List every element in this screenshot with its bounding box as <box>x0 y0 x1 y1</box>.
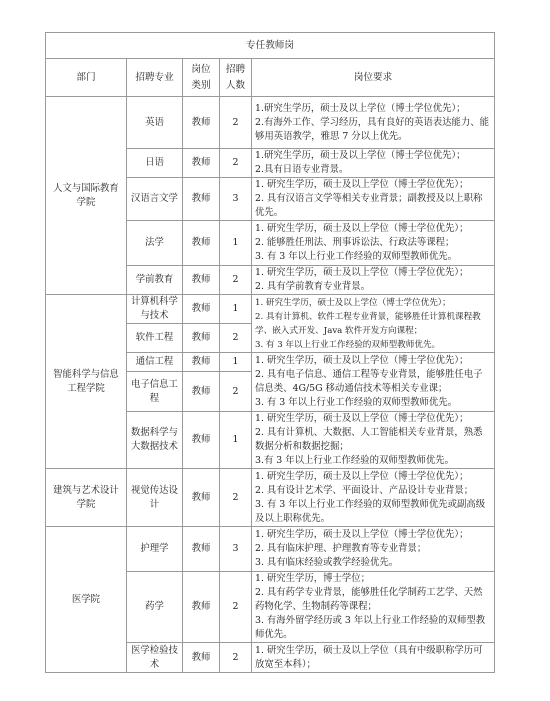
requirement-line: 1. 研究生学历，硕士及以上学位（具有中级职称学历可放宽至本科）； <box>255 644 491 672</box>
requirement-line: 1.研究生学历，硕士及以上学位（博士学位优先）； <box>255 149 491 163</box>
requirement-line: 1. 研究生学历，硕士及以上学位（博士学位优先）； <box>255 412 491 426</box>
table-title-row: 专任教师岗 <box>46 33 495 59</box>
major-cell: 医学检验技术 <box>127 643 183 673</box>
table-header-row: 部门 招聘专业 岗位类别 招聘人数 岗位要求 <box>46 59 495 97</box>
table-row: 人文与国际教育学院 英语 教师 2 1.研究生学历，硕士及以上学位（博士学位优先… <box>46 97 495 149</box>
header-post-type: 岗位类别 <box>183 59 220 97</box>
requirement-line: 2. 具有临床护理、护理教育等专业背景； <box>255 542 491 556</box>
major-cell: 视觉传达设计 <box>127 469 183 527</box>
requirements-cell: 1. 研究生学历，硕士及以上学位（博士学位优先）； 2. 具有电子信息、通信工程… <box>252 353 495 412</box>
requirements-cell: 1. 研究生学历，硕士及以上学位（博士学位优先）； 2. 具有汉语言文学等相关专… <box>252 178 495 221</box>
requirement-line: 2. 具有汉语言文学等相关专业背景；副教授及以上职称优先。 <box>255 192 491 220</box>
department-cell: 人文与国际教育学院 <box>46 97 127 295</box>
headcount-cell: 2 <box>220 324 252 353</box>
post-type-cell: 教师 <box>183 178 220 221</box>
requirements-cell: 1. 研究生学历，博士学位； 2. 具有药学专业背景，能够胜任化学制药工艺学、天… <box>252 572 495 643</box>
post-type-cell: 教师 <box>183 149 220 178</box>
table-row: 医学院 护理学 教师 3 1. 研究生学历，硕士及以上学位（博士学位优先）； 2… <box>46 527 495 572</box>
headcount-cell: 2 <box>220 643 252 673</box>
requirement-line: 2. 具有计算机、大数据、人工智能相关专业背景，熟悉数据分析和数据挖掘； <box>255 426 491 454</box>
requirement-line: 1. 研究生学历，硕士及以上学位（博士学位优先）； <box>255 296 491 310</box>
post-type-cell: 教师 <box>183 295 220 324</box>
requirement-line: 3. 有 3 年以上行业工作经验的双师型教师优先。 <box>255 250 491 264</box>
headcount-cell: 1 <box>220 412 252 469</box>
requirements-cell: 1. 研究生学历，硕士及以上学位（博士学位优先）； 2. 具有计算机、软件工程专… <box>252 295 495 353</box>
post-type-cell: 教师 <box>183 643 220 673</box>
department-cell: 智能科学与信息工程学院 <box>46 295 127 469</box>
requirement-line: 1. 研究生学历，硕士及以上学位（博士学位优先）； <box>255 178 491 192</box>
major-cell: 药学 <box>127 572 183 643</box>
requirement-line: 1. 研究生学历，博士学位； <box>255 572 491 586</box>
requirement-line: 2. 具有学前教育专业背景。 <box>255 280 491 294</box>
post-type-cell: 教师 <box>183 572 220 643</box>
headcount-cell: 2 <box>220 572 252 643</box>
major-cell: 护理学 <box>127 527 183 572</box>
major-cell: 电子信息工程 <box>127 372 183 412</box>
headcount-cell: 2 <box>220 372 252 412</box>
post-type-cell: 教师 <box>183 469 220 527</box>
header-department: 部门 <box>46 59 127 97</box>
table-row: 建筑与艺术设计学院 视觉传达设计 教师 2 1. 研究生学历，硕士及以上学位（博… <box>46 469 495 527</box>
requirement-line: 1. 研究生学历，硕士及以上学位（博士学位优先）； <box>255 222 491 236</box>
requirement-line: 2. 具有电子信息、通信工程等专业背景，能够胜任电子信息类、4G/5G 移动通信… <box>255 368 491 396</box>
headcount-cell: 1 <box>220 295 252 324</box>
headcount-cell: 2 <box>220 266 252 295</box>
header-post-type-label: 岗位类别 <box>190 62 212 94</box>
post-type-cell: 教师 <box>183 412 220 469</box>
header-headcount-label: 招聘人数 <box>225 62 247 94</box>
requirements-cell: 1. 研究生学历，硕士及以上学位（博士学位优先）； 2. 能够胜任刑法、刑事诉讼… <box>252 221 495 266</box>
post-type-cell: 教师 <box>183 324 220 353</box>
post-type-cell: 教师 <box>183 372 220 412</box>
requirement-line: 2. 能够胜任刑法、刑事诉讼法、行政法等课程； <box>255 236 491 250</box>
header-requirements: 岗位要求 <box>252 59 495 97</box>
headcount-cell: 2 <box>220 97 252 149</box>
major-cell: 日语 <box>127 149 183 178</box>
major-cell: 计算机科学与技术 <box>127 295 183 324</box>
requirement-line: 2. 具有药学专业背景，能够胜任化学制药工艺学、天然药物化学、生物制药等课程； <box>255 586 491 614</box>
requirements-cell: 1. 研究生学历，硕士及以上学位（博士学位优先）； 2. 具有学前教育专业背景。 <box>252 266 495 295</box>
post-type-cell: 教师 <box>183 266 220 295</box>
requirements-cell: 1.研究生学历，硕士及以上学位（博士学位优先）； 2.有海外工作、学习经历，具有… <box>252 97 495 149</box>
requirements-cell: 1. 研究生学历，硕士及以上学位（具有中级职称学历可放宽至本科）； <box>252 643 495 673</box>
post-type-cell: 教师 <box>183 97 220 149</box>
requirement-line: 1. 研究生学历，硕士及以上学位（博士学位优先）； <box>255 470 491 484</box>
post-type-cell: 教师 <box>183 353 220 372</box>
headcount-cell: 1 <box>220 353 252 372</box>
requirement-line: 3. 有 3 年以上行业工作经验的双师型教师优先或副高级及以上职称优先。 <box>255 498 491 526</box>
requirement-line: 1. 研究生学历，硕士及以上学位（博士学位优先）； <box>255 354 491 368</box>
requirement-line: 2. 具有计算机、软件工程专业背景，能够胜任计算机课程教学、嵌入式开发、Java… <box>255 310 491 338</box>
major-cell: 学前教育 <box>127 266 183 295</box>
requirement-line: 2.有海外工作、学习经历，具有良好的英语表达能力、能够用英语教学，雅思 7 分以… <box>255 116 491 144</box>
requirement-line: 3. 有海外留学经历或 3 年以上行业工作经验的双师型教师优先。 <box>255 614 491 642</box>
requirement-line: 1.研究生学历，硕士及以上学位（博士学位优先）； <box>255 102 491 116</box>
major-cell: 通信工程 <box>127 353 183 372</box>
post-type-cell: 教师 <box>183 221 220 266</box>
requirement-line: 2. 具有设计艺术学、平面设计、产品设计专业背景； <box>255 484 491 498</box>
headcount-cell: 1 <box>220 221 252 266</box>
major-cell: 英语 <box>127 97 183 149</box>
table-row: 智能科学与信息工程学院 计算机科学与技术 教师 1 1. 研究生学历，硕士及以上… <box>46 295 495 324</box>
job-posting-table: 专任教师岗 部门 招聘专业 岗位类别 招聘人数 岗位要求 人文与国际教育学院 英… <box>45 32 495 673</box>
headcount-cell: 3 <box>220 178 252 221</box>
requirement-line: 3. 有 3 年以上行业工作经验的双师型教师优先。 <box>255 396 491 410</box>
requirements-cell: 1. 研究生学历，硕士及以上学位（博士学位优先）； 2. 具有设计艺术学、平面设… <box>252 469 495 527</box>
requirement-line: 1. 研究生学历，硕士及以上学位（博士学位优先）； <box>255 528 491 542</box>
major-cell: 软件工程 <box>127 324 183 353</box>
requirement-line: 1. 研究生学历，硕士及以上学位（博士学位优先）； <box>255 266 491 280</box>
requirement-line: 2.具有日语专业背景。 <box>255 163 491 177</box>
headcount-cell: 3 <box>220 527 252 572</box>
requirement-line: 3.有 3 年以上行业工作经验的双师型教师优先。 <box>255 454 491 468</box>
headcount-cell: 2 <box>220 149 252 178</box>
requirements-cell: 1.研究生学历，硕士及以上学位（博士学位优先）； 2.具有日语专业背景。 <box>252 149 495 178</box>
headcount-cell: 2 <box>220 469 252 527</box>
department-cell: 医学院 <box>46 527 127 673</box>
department-cell: 建筑与艺术设计学院 <box>46 469 127 527</box>
requirements-cell: 1. 研究生学历，硕士及以上学位（博士学位优先）； 2. 具有临床护理、护理教育… <box>252 527 495 572</box>
requirement-line: 3. 有 3 年以上行业工作经验的双师型教师优先。 <box>255 338 491 352</box>
major-cell: 数据科学与大数据技术 <box>127 412 183 469</box>
major-cell: 汉语言文学 <box>127 178 183 221</box>
header-major: 招聘专业 <box>127 59 183 97</box>
table-title: 专任教师岗 <box>46 33 495 59</box>
requirements-cell: 1. 研究生学历，硕士及以上学位（博士学位优先）； 2. 具有计算机、大数据、人… <box>252 412 495 469</box>
major-cell: 法学 <box>127 221 183 266</box>
post-type-cell: 教师 <box>183 527 220 572</box>
requirement-line: 3. 具有临床经验或教学经验优先。 <box>255 556 491 570</box>
header-headcount: 招聘人数 <box>220 59 252 97</box>
